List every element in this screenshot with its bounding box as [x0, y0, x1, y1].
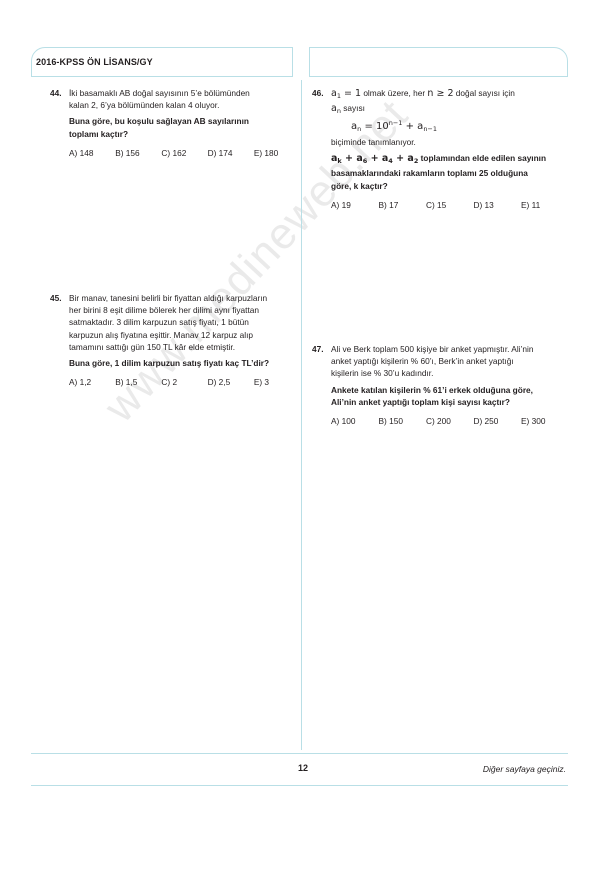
option-d: D) 174: [208, 147, 254, 159]
answer-options: A) 100 B) 150 C) 200 D) 250 E) 300: [331, 415, 572, 427]
question-text: anket yaptığı kişilerin % 60’ı, Berk’in …: [331, 355, 572, 367]
question-text: her birini 8 eşit dilime bölerek her dil…: [69, 304, 300, 316]
option-c: C) 15: [426, 199, 474, 211]
question-46: 46. a1 = 1 olmak üzere, her n ≥ 2 doğal …: [312, 87, 572, 211]
column-divider: [301, 80, 302, 750]
header-right-box: [309, 47, 568, 77]
footer-top-rule: [31, 753, 568, 754]
option-e: E) 11: [521, 199, 569, 211]
question-number: 47.: [312, 343, 324, 355]
exam-page: www.medineweb.net 2016-KPSS ÖN LİSANS/GY…: [0, 0, 616, 872]
question-text: Bir manav, tanesini belirli bir fiyattan…: [69, 292, 300, 304]
question-number: 45.: [50, 292, 62, 304]
option-a: A) 148: [69, 147, 115, 159]
option-c: C) 2: [161, 376, 207, 388]
option-d: D) 250: [474, 415, 522, 427]
question-prompt: Buna göre, bu koşulu sağlayan AB sayılar…: [69, 115, 300, 140]
question-text: an sayısı: [331, 102, 572, 117]
question-prompt: Buna göre, 1 dilim karpuzun satış fiyatı…: [69, 357, 300, 370]
option-b: B) 1,5: [115, 376, 161, 388]
option-b: B) 156: [115, 147, 161, 159]
footer-bottom-rule: [31, 785, 568, 786]
question-text: satmaktadır. 3 dilim karpuzun satış fiya…: [69, 316, 300, 328]
option-e: E) 180: [254, 147, 300, 159]
exam-title: 2016-KPSS ÖN LİSANS/GY: [36, 57, 153, 67]
question-44: 44. İki basamaklı AB doğal sayısının 5’e…: [50, 87, 300, 159]
question-47: 47. Ali ve Berk toplam 500 kişiye bir an…: [312, 343, 572, 427]
answer-options: A) 19 B) 17 C) 15 D) 13 E) 11: [331, 199, 572, 211]
question-number: 46.: [312, 87, 324, 99]
header-left-box: 2016-KPSS ÖN LİSANS/GY: [31, 47, 293, 77]
question-number: 44.: [50, 87, 62, 99]
answer-options: A) 1,2 B) 1,5 C) 2 D) 2,5 E) 3: [69, 376, 300, 388]
option-c: C) 200: [426, 415, 474, 427]
question-prompt: ak + a6 + a4 + a2 toplamından elde edile…: [331, 152, 572, 193]
question-text: kalan 2, 6’ya bölümünden kalan 4 oluyor.: [69, 99, 300, 111]
question-text: Ali ve Berk toplam 500 kişiye bir anket …: [331, 343, 572, 355]
option-d: D) 13: [474, 199, 522, 211]
option-b: B) 150: [379, 415, 427, 427]
question-text: tamamını sattığı gün 150 TL kâr elde etm…: [69, 341, 300, 353]
recurrence-formula: an = 10n−1 + an−1: [351, 117, 572, 135]
option-c: C) 162: [161, 147, 207, 159]
question-text: karpuzun alış fiyatına eşittir. Manav 12…: [69, 329, 300, 341]
next-page-note: Diğer sayfaya geçiniz.: [483, 764, 566, 774]
question-text: biçiminde tanımlanıyor.: [331, 136, 572, 148]
option-d: D) 2,5: [208, 376, 254, 388]
question-prompt: Ankete katılan kişilerin % 61’i erkek ol…: [331, 384, 572, 409]
option-e: E) 300: [521, 415, 569, 427]
option-a: A) 1,2: [69, 376, 115, 388]
question-text: a1 = 1 olmak üzere, her n ≥ 2 doğal sayı…: [331, 87, 572, 102]
option-b: B) 17: [379, 199, 427, 211]
sum-expression: ak + a6 + a4 + a2: [331, 153, 418, 164]
option-a: A) 19: [331, 199, 379, 211]
page-number: 12: [298, 763, 308, 773]
option-a: A) 100: [331, 415, 379, 427]
question-text: İki basamaklı AB doğal sayısının 5’e böl…: [69, 87, 300, 99]
option-e: E) 3: [254, 376, 300, 388]
question-45: 45. Bir manav, tanesini belirli bir fiya…: [50, 292, 300, 388]
question-text: kişilerin ise % 30’u kadındır.: [331, 367, 572, 379]
answer-options: A) 148 B) 156 C) 162 D) 174 E) 180: [69, 147, 300, 159]
